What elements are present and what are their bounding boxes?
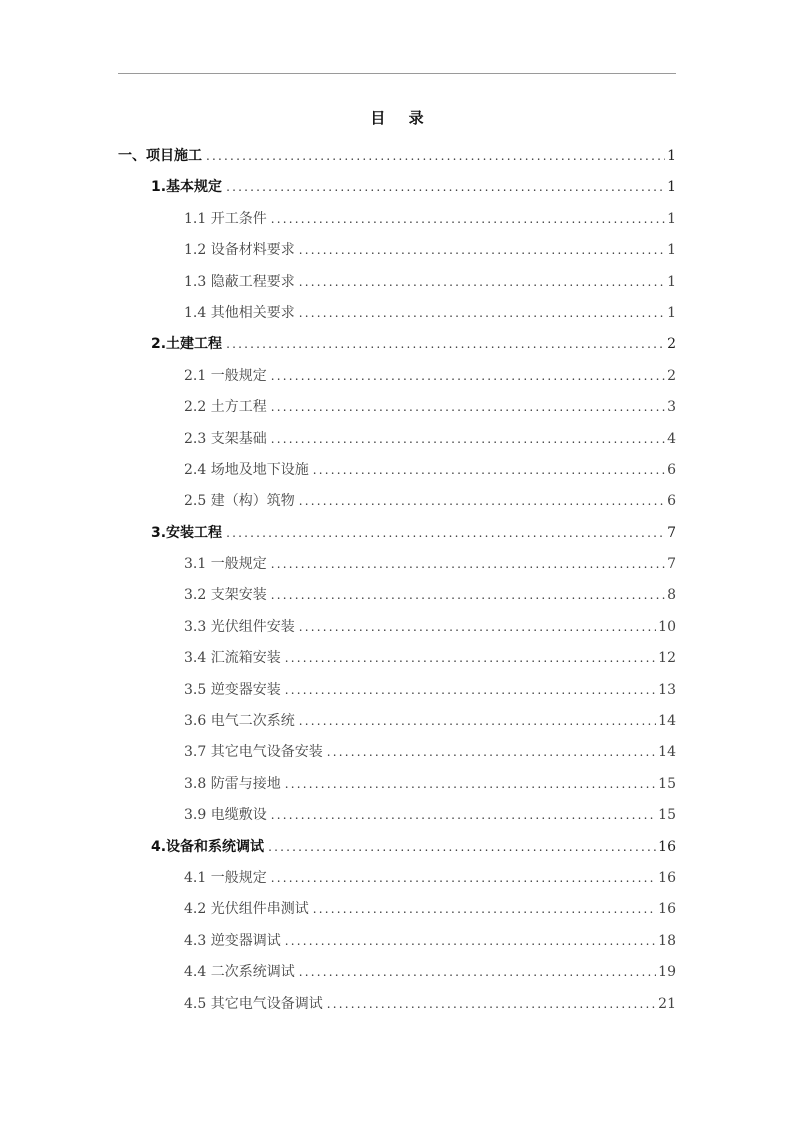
- toc-entry-label: 3.5 逆变器安装: [184, 675, 281, 706]
- dot-leader: ........................................…: [313, 455, 665, 486]
- toc-entry-page-number: 7: [667, 549, 676, 580]
- toc-entry[interactable]: 4.4 二次系统调试..............................…: [118, 957, 676, 988]
- toc-entry-page-number: 1: [667, 172, 676, 203]
- toc-entry[interactable]: 1.3 隐蔽工程要求..............................…: [118, 267, 676, 298]
- toc-entry[interactable]: 3.3 光伏组件安装..............................…: [118, 612, 676, 643]
- dot-leader: ........................................…: [299, 235, 665, 266]
- toc-title-char-2: 录: [409, 107, 424, 128]
- toc-entry-label: 3.4 汇流箱安装: [184, 643, 281, 674]
- toc-entry[interactable]: 1.2 设备材料要求..............................…: [118, 235, 676, 266]
- toc-entry-label: 3.安装工程: [151, 518, 222, 549]
- toc-entry-page-number: 15: [658, 800, 676, 831]
- toc-entry-label: 4.3 逆变器调试: [184, 926, 281, 957]
- toc-entry-label: 3.1 一般规定: [184, 549, 267, 580]
- toc-entry[interactable]: 3.6 电气二次系统..............................…: [118, 706, 676, 737]
- toc-entry[interactable]: 2.4 场地及地下设施.............................…: [118, 455, 676, 486]
- dot-leader: ........................................…: [285, 675, 656, 706]
- dot-leader: ........................................…: [285, 769, 656, 800]
- toc-entry[interactable]: 2.2 土方工程................................…: [118, 392, 676, 423]
- toc-entry-page-number: 6: [667, 455, 676, 486]
- toc-entry[interactable]: 3.1 一般规定................................…: [118, 549, 676, 580]
- toc-entry-label: 2.5 建（构）筑物: [184, 486, 295, 517]
- toc-entry-label: 2.4 场地及地下设施: [184, 455, 309, 486]
- toc-entry[interactable]: 3.5 逆变器安装...............................…: [118, 675, 676, 706]
- header-rule: [118, 73, 676, 74]
- toc-entry[interactable]: 2.3 支架基础................................…: [118, 424, 676, 455]
- dot-leader: ........................................…: [206, 141, 665, 172]
- dot-leader: ........................................…: [268, 832, 656, 863]
- toc-entry-page-number: 16: [658, 832, 676, 863]
- toc-entry-label: 1.2 设备材料要求: [184, 235, 295, 266]
- toc-entry[interactable]: 4.2 光伏组件串测试.............................…: [118, 894, 676, 925]
- dot-leader: ........................................…: [299, 957, 656, 988]
- dot-leader: ........................................…: [271, 204, 665, 235]
- toc-entry-page-number: 1: [667, 267, 676, 298]
- toc-entry[interactable]: 一、项目施工..................................…: [118, 141, 676, 172]
- toc-entry-label: 2.1 一般规定: [184, 361, 267, 392]
- toc-entry-page-number: 16: [658, 894, 676, 925]
- dot-leader: ........................................…: [226, 172, 665, 203]
- dot-leader: ........................................…: [271, 361, 665, 392]
- toc-entry-page-number: 3: [667, 392, 676, 423]
- toc-entry[interactable]: 3.4 汇流箱安装...............................…: [118, 643, 676, 674]
- toc-entry-label: 3.8 防雷与接地: [184, 769, 281, 800]
- dot-leader: ........................................…: [299, 298, 665, 329]
- toc-title: 目 录: [0, 107, 794, 128]
- toc-entry-page-number: 2: [667, 361, 676, 392]
- toc-entry[interactable]: 3.7 其它电气设备安装............................…: [118, 737, 676, 768]
- toc-entry[interactable]: 2.1 一般规定................................…: [118, 361, 676, 392]
- toc-entry[interactable]: 2.土建工程..................................…: [118, 329, 676, 360]
- toc-entry-label: 4.4 二次系统调试: [184, 957, 295, 988]
- dot-leader: ........................................…: [271, 424, 665, 455]
- toc-entry-page-number: 1: [667, 235, 676, 266]
- toc-entry-label: 4.1 一般规定: [184, 863, 267, 894]
- toc-entry[interactable]: 1.基本规定..................................…: [118, 172, 676, 203]
- toc-entry-label: 1.1 开工条件: [184, 204, 267, 235]
- dot-leader: ........................................…: [271, 549, 665, 580]
- toc-entry-page-number: 2: [667, 329, 676, 360]
- dot-leader: ........................................…: [299, 486, 665, 517]
- toc-entry-page-number: 14: [658, 706, 676, 737]
- toc-entry-label: 3.2 支架安装: [184, 580, 267, 611]
- toc-entry-page-number: 4: [667, 424, 676, 455]
- dot-leader: ........................................…: [271, 800, 656, 831]
- toc-entry-label: 1.基本规定: [151, 172, 222, 203]
- dot-leader: ........................................…: [226, 518, 665, 549]
- toc-entry-label: 1.4 其他相关要求: [184, 298, 295, 329]
- dot-leader: ........................................…: [327, 989, 656, 1020]
- toc-entry-label: 3.7 其它电气设备安装: [184, 737, 323, 768]
- toc-entry-label: 3.9 电缆敷设: [184, 800, 267, 831]
- toc-entry[interactable]: 4.3 逆变器调试...............................…: [118, 926, 676, 957]
- toc-entry-page-number: 10: [658, 612, 676, 643]
- toc-entry-page-number: 1: [667, 298, 676, 329]
- toc-entry-label: 3.3 光伏组件安装: [184, 612, 295, 643]
- table-of-contents: 一、项目施工..................................…: [118, 141, 676, 1020]
- dot-leader: ........................................…: [285, 926, 656, 957]
- toc-entry-page-number: 12: [658, 643, 676, 674]
- dot-leader: ........................................…: [271, 580, 665, 611]
- toc-entry-label: 1.3 隐蔽工程要求: [184, 267, 295, 298]
- toc-entry-label: 2.2 土方工程: [184, 392, 267, 423]
- toc-entry-page-number: 7: [667, 518, 676, 549]
- toc-entry-page-number: 1: [667, 141, 676, 172]
- toc-entry-page-number: 13: [658, 675, 676, 706]
- toc-entry[interactable]: 3.9 电缆敷设................................…: [118, 800, 676, 831]
- dot-leader: ........................................…: [226, 329, 665, 360]
- dot-leader: ........................................…: [327, 737, 656, 768]
- toc-entry-label: 3.6 电气二次系统: [184, 706, 295, 737]
- toc-entry[interactable]: 3.2 支架安装................................…: [118, 580, 676, 611]
- dot-leader: ........................................…: [271, 863, 656, 894]
- toc-entry-label: 2.土建工程: [151, 329, 222, 360]
- dot-leader: ........................................…: [299, 267, 665, 298]
- dot-leader: ........................................…: [313, 894, 656, 925]
- dot-leader: ........................................…: [299, 706, 656, 737]
- toc-entry[interactable]: 3.安装工程..................................…: [118, 518, 676, 549]
- toc-entry-label: 4.5 其它电气设备调试: [184, 989, 323, 1020]
- toc-entry-page-number: 15: [658, 769, 676, 800]
- toc-entry-label: 2.3 支架基础: [184, 424, 267, 455]
- toc-entry[interactable]: 2.5 建（构）筑物..............................…: [118, 486, 676, 517]
- toc-title-char-1: 目: [370, 107, 385, 128]
- toc-entry-page-number: 16: [658, 863, 676, 894]
- toc-entry-page-number: 21: [658, 989, 676, 1020]
- toc-entry-label: 4.2 光伏组件串测试: [184, 894, 309, 925]
- toc-entry-label: 4.设备和系统调试: [151, 832, 264, 863]
- toc-entry-page-number: 14: [658, 737, 676, 768]
- dot-leader: ........................................…: [299, 612, 656, 643]
- toc-entry-page-number: 18: [658, 926, 676, 957]
- toc-entry-page-number: 1: [667, 204, 676, 235]
- dot-leader: ........................................…: [285, 643, 656, 674]
- toc-entry-page-number: 19: [658, 957, 676, 988]
- toc-entry[interactable]: 1.1 开工条件................................…: [118, 204, 676, 235]
- toc-entry[interactable]: 4.5 其它电气设备调试............................…: [118, 989, 676, 1020]
- toc-entry-label: 一、项目施工: [118, 141, 202, 172]
- toc-entry-page-number: 8: [667, 580, 676, 611]
- toc-entry[interactable]: 3.8 防雷与接地...............................…: [118, 769, 676, 800]
- toc-entry[interactable]: 4.1 一般规定................................…: [118, 863, 676, 894]
- toc-entry[interactable]: 1.4 其他相关要求..............................…: [118, 298, 676, 329]
- toc-entry-page-number: 6: [667, 486, 676, 517]
- toc-entry[interactable]: 4.设备和系统调试...............................…: [118, 832, 676, 863]
- dot-leader: ........................................…: [271, 392, 665, 423]
